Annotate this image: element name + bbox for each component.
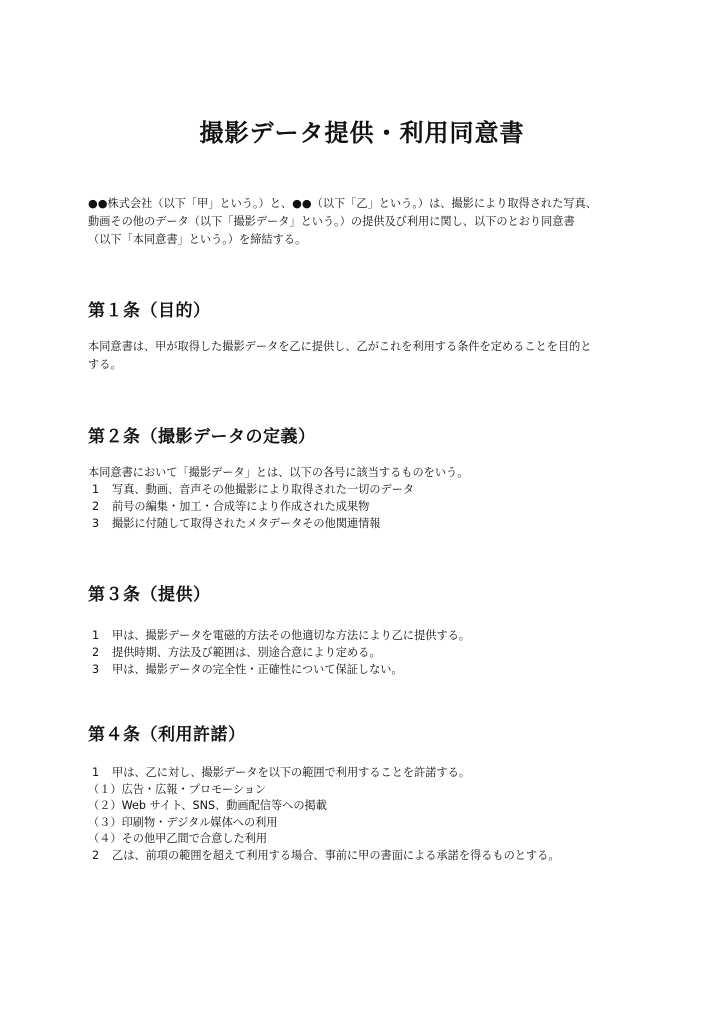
article-heading: 第１条（目的） bbox=[88, 299, 636, 323]
article-body: 1 甲は、撮影データを電磁的方法その他適切な方法により乙に提供する。 2 提供時… bbox=[88, 627, 636, 678]
item-number: 2 bbox=[88, 644, 112, 661]
sub-item-text: Web サイト、SNS、動画配信等への掲載 bbox=[122, 799, 327, 812]
intro-line: ●●株式会社（以下「甲」という。）と、●●（以下「乙」という。）は、撮影により取… bbox=[88, 195, 636, 213]
body-lead-line: 本同意書において「撮影データ」とは、以下の各号に該当するものをいう。 bbox=[88, 464, 636, 481]
article-1-purpose: 第１条（目的） 本同意書は、甲が取得した撮影データを乙に提供し、乙がこれを利用す… bbox=[88, 299, 636, 374]
article-2-definition: 第２条（撮影データの定義） 本同意書において「撮影データ」とは、以下の各号に該当… bbox=[88, 425, 636, 532]
body-line: 本同意書は、甲が取得した撮影データを乙に提供し、乙がこれを利用する条件を定めるこ… bbox=[88, 338, 636, 356]
intro-paragraph: ●●株式会社（以下「甲」という。）と、●●（以下「乙」という。）は、撮影により取… bbox=[88, 195, 636, 249]
item-text: 乙は、前項の範囲を超えて利用する場合、事前に甲の書面による承諾を得るものとする。 bbox=[112, 848, 560, 865]
sub-item-text: 印刷物・デジタル媒体への利用 bbox=[122, 816, 278, 829]
item-number: 3 bbox=[88, 515, 112, 532]
document-title: 撮影データ提供・利用同意書 bbox=[88, 117, 636, 149]
item-text: 撮影に付随して取得されたメタデータその他関連情報 bbox=[112, 515, 381, 532]
item-text: 甲は、撮影データを電磁的方法その他適切な方法により乙に提供する。 bbox=[112, 627, 470, 644]
article-heading: 第４条（利用許諾） bbox=[88, 723, 636, 747]
item-number: 1 bbox=[88, 627, 112, 644]
sub-item-number: （４） bbox=[88, 831, 122, 848]
intro-line: 動画その他のデータ（以下「撮影データ」という。）の提供及び利用に関し、以下のとお… bbox=[88, 213, 636, 231]
sub-item: （２）Web サイト、SNS、動画配信等への掲載 bbox=[88, 798, 636, 815]
item-number: 1 bbox=[88, 481, 112, 498]
item-number: 2 bbox=[88, 498, 112, 515]
item-number: 2 bbox=[88, 848, 112, 865]
article-4-license: 第４条（利用許諾） 1 甲は、乙に対し、撮影データを以下の範囲で利用することを許… bbox=[88, 723, 636, 864]
item-text: 甲は、撮影データの完全性・正確性について保証しない。 bbox=[112, 661, 403, 678]
numbered-item: 1 甲は、撮影データを電磁的方法その他適切な方法により乙に提供する。 bbox=[88, 627, 636, 644]
numbered-item: 3 撮影に付随して取得されたメタデータその他関連情報 bbox=[88, 515, 636, 532]
numbered-item: 3 甲は、撮影データの完全性・正確性について保証しない。 bbox=[88, 661, 636, 678]
sub-item-number: （３） bbox=[88, 815, 122, 832]
numbered-item: 1 写真、動画、音声その他撮影により取得された一切のデータ bbox=[88, 481, 636, 498]
sub-item-text: 広告・広報・プロモーション bbox=[122, 783, 267, 796]
numbered-item: 2 乙は、前項の範囲を超えて利用する場合、事前に甲の書面による承諾を得るものとす… bbox=[88, 848, 636, 865]
item-text: 前号の編集・加工・合成等により作成された成果物 bbox=[112, 498, 369, 515]
numbered-item: 2 提供時期、方法及び範囲は、別途合意により定める。 bbox=[88, 644, 636, 661]
article-heading: 第２条（撮影データの定義） bbox=[88, 425, 636, 449]
sub-item: （１）広告・広報・プロモーション bbox=[88, 782, 636, 799]
item-text: 提供時期、方法及び範囲は、別途合意により定める。 bbox=[112, 644, 381, 661]
item-text: 写真、動画、音声その他撮影により取得された一切のデータ bbox=[112, 481, 414, 498]
sub-item-number: （２） bbox=[88, 798, 122, 815]
article-body: 1 甲は、乙に対し、撮影データを以下の範囲で利用することを許諾する。 （１）広告… bbox=[88, 765, 636, 864]
sub-item-text: その他甲乙間で合意した利用 bbox=[122, 832, 267, 845]
body-line: する。 bbox=[88, 356, 636, 374]
article-body: 本同意書は、甲が取得した撮影データを乙に提供し、乙がこれを利用する条件を定めるこ… bbox=[88, 338, 636, 374]
item-number: 1 bbox=[88, 765, 112, 782]
item-text: 甲は、乙に対し、撮影データを以下の範囲で利用することを許諾する。 bbox=[112, 765, 470, 782]
item-number: 3 bbox=[88, 661, 112, 678]
article-heading: 第３条（提供） bbox=[88, 583, 636, 607]
sub-item: （３）印刷物・デジタル媒体への利用 bbox=[88, 815, 636, 832]
article-3-provision: 第３条（提供） 1 甲は、撮影データを電磁的方法その他適切な方法により乙に提供す… bbox=[88, 583, 636, 678]
numbered-item: 1 甲は、乙に対し、撮影データを以下の範囲で利用することを許諾する。 bbox=[88, 765, 636, 782]
article-body: 本同意書において「撮影データ」とは、以下の各号に該当するものをいう。 1 写真、… bbox=[88, 464, 636, 532]
numbered-item: 2 前号の編集・加工・合成等により作成された成果物 bbox=[88, 498, 636, 515]
sub-item-number: （１） bbox=[88, 782, 122, 799]
intro-line: （以下「本同意書」という。）を締結する。 bbox=[88, 231, 636, 249]
sub-item: （４）その他甲乙間で合意した利用 bbox=[88, 831, 636, 848]
